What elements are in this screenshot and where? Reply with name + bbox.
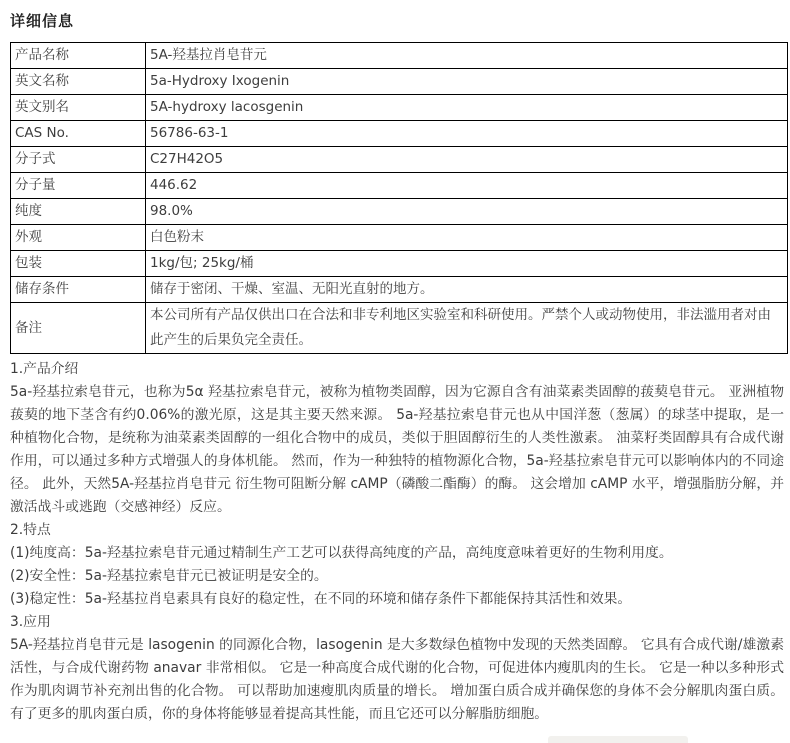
- row-label: 纯度: [11, 199, 146, 225]
- page-title: 详细信息: [10, 10, 780, 31]
- row-label: 储存条件: [11, 277, 146, 303]
- row-value: 1kg/包; 25kg/桶: [146, 251, 788, 277]
- row-value: 56786-63-1: [146, 121, 788, 147]
- description-content: 1.产品介绍 5a-羟基拉索皂苷元，也称为5α 羟基拉索皂苷元，被称为植物类固醇…: [10, 358, 784, 726]
- row-label: 分子量: [11, 173, 146, 199]
- section-heading-product-intro: 1.产品介绍: [10, 358, 784, 381]
- row-value: 98.0%: [146, 199, 788, 225]
- table-row-molecular-weight: 分子量 446.62: [11, 173, 788, 199]
- section-heading-application: 3.应用: [10, 611, 784, 634]
- table-row-product-name: 产品名称 5A-羟基拉肖皂苷元: [11, 43, 788, 69]
- cutoff-element: [548, 736, 688, 743]
- row-value: 储存于密闭、干燥、室温、无阳光直射的地方。: [146, 277, 788, 303]
- table-row-cas-no: CAS No. 56786-63-1: [11, 121, 788, 147]
- row-label: 外观: [11, 225, 146, 251]
- table-row-english-alias: 英文别名 5A-hydroxy lacosgenin: [11, 95, 788, 121]
- paragraph-feature-stability: (3)稳定性：5a-羟基拉肖皂素具有良好的稳定性，在不同的环境和储存条件下都能保…: [10, 588, 784, 611]
- row-label: 英文名称: [11, 69, 146, 95]
- row-value: 446.62: [146, 173, 788, 199]
- row-value: 5A-羟基拉肖皂苷元: [146, 43, 788, 69]
- row-label: 产品名称: [11, 43, 146, 69]
- row-value: 白色粉末: [146, 225, 788, 251]
- row-value: 5a-Hydroxy Ixogenin: [146, 69, 788, 95]
- paragraph-feature-safety: (2)安全性：5a-羟基拉索皂苷元已被证明是安全的。: [10, 565, 784, 588]
- row-value: 本公司所有产品仅供出口在合法和非专利地区实验室和科研使用。严禁个人或动物使用，非…: [146, 303, 788, 354]
- row-label: 包装: [11, 251, 146, 277]
- paragraph-feature-purity: (1)纯度高：5a-羟基拉索皂苷元通过精制生产工艺可以获得高纯度的产品，高纯度意…: [10, 542, 784, 565]
- product-info-table: 产品名称 5A-羟基拉肖皂苷元 英文名称 5a-Hydroxy Ixogenin…: [10, 42, 788, 354]
- table-row-molecular-formula: 分子式 C27H42O5: [11, 147, 788, 173]
- row-label: CAS No.: [11, 121, 146, 147]
- table-row-packaging: 包装 1kg/包; 25kg/桶: [11, 251, 788, 277]
- paragraph-product-intro: 5a-羟基拉索皂苷元，也称为5α 羟基拉索皂苷元，被称为植物类固醇，因为它源自含…: [10, 381, 784, 519]
- table-row-english-name: 英文名称 5a-Hydroxy Ixogenin: [11, 69, 788, 95]
- row-label: 分子式: [11, 147, 146, 173]
- row-label: 备注: [11, 303, 146, 354]
- row-value: 5A-hydroxy lacosgenin: [146, 95, 788, 121]
- product-detail-page: 详细信息 产品名称 5A-羟基拉肖皂苷元 英文名称 5a-Hydroxy Ixo…: [0, 0, 790, 743]
- paragraph-application: 5A-羟基拉肖皂苷元是 lasogenin 的同源化合物，lasogenin 是…: [10, 634, 784, 726]
- table-row-storage: 储存条件 储存于密闭、干燥、室温、无阳光直射的地方。: [11, 277, 788, 303]
- table-row-remarks: 备注 本公司所有产品仅供出口在合法和非专利地区实验室和科研使用。严禁个人或动物使…: [11, 303, 788, 354]
- row-label: 英文别名: [11, 95, 146, 121]
- section-heading-features: 2.特点: [10, 519, 784, 542]
- table-row-purity: 纯度 98.0%: [11, 199, 788, 225]
- table-row-appearance: 外观 白色粉末: [11, 225, 788, 251]
- row-value: C27H42O5: [146, 147, 788, 173]
